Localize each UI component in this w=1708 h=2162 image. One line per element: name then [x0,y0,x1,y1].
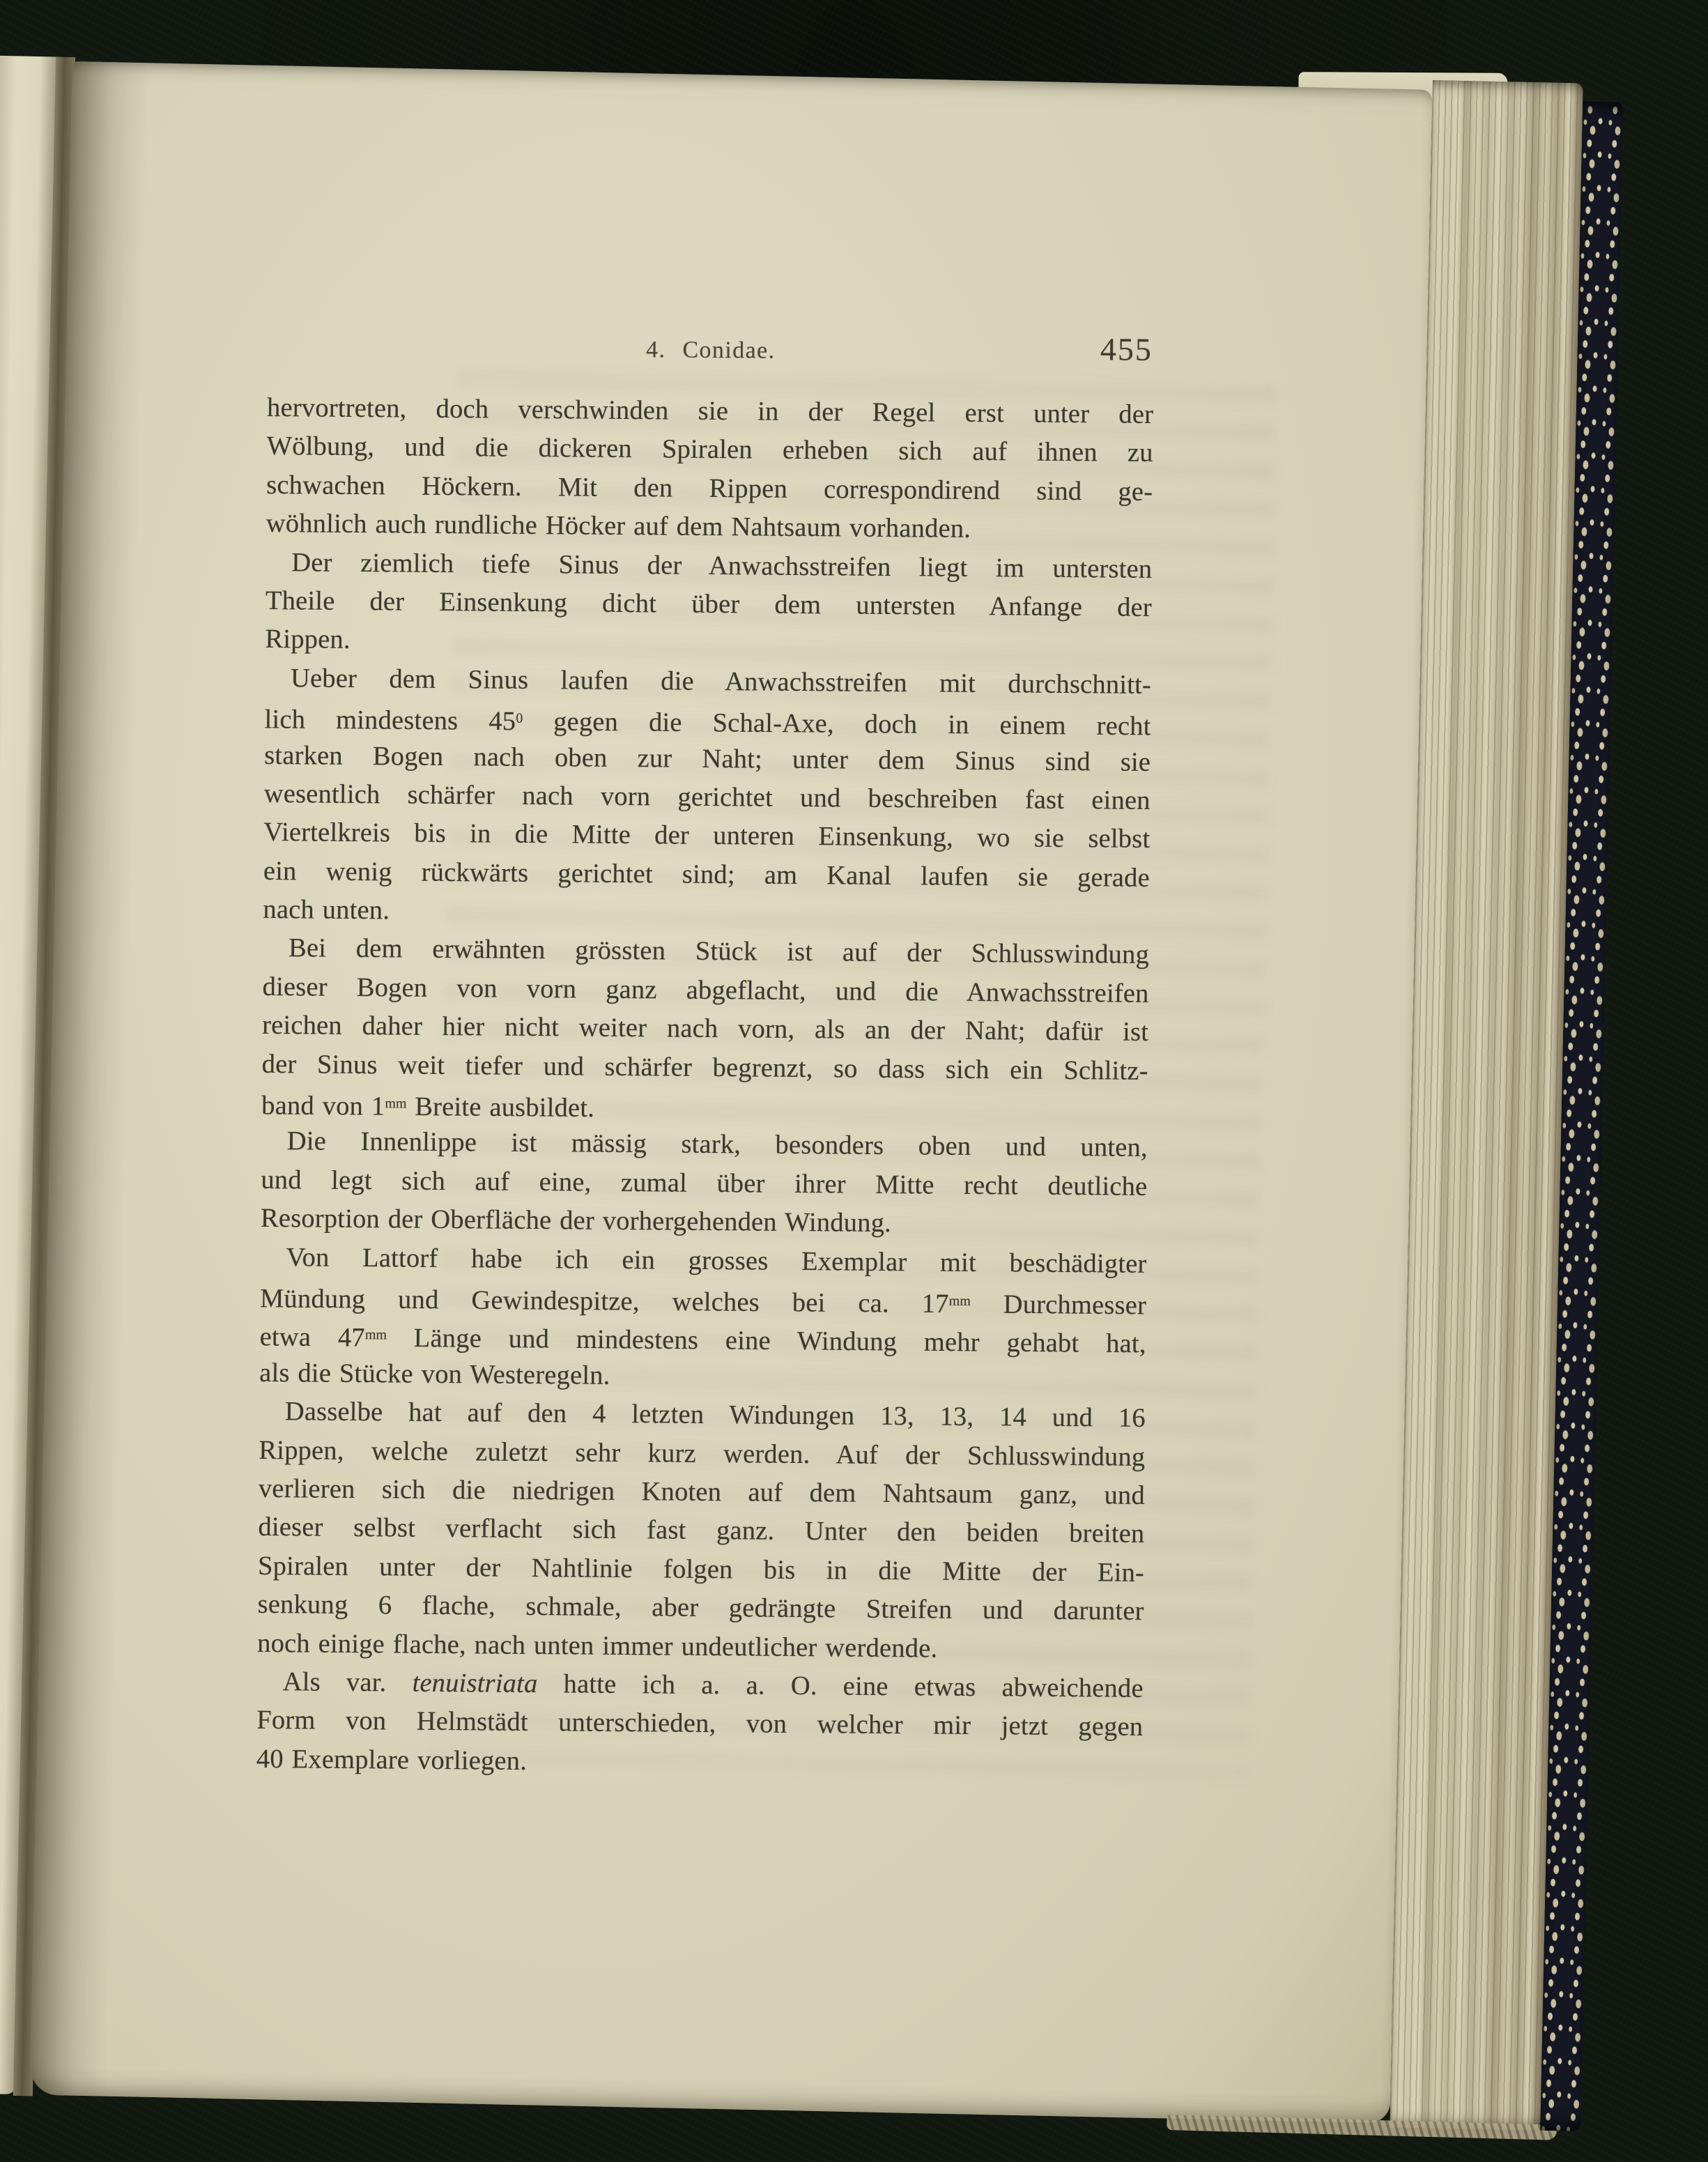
text-line: Resorption der Oberfläche der vorhergehe… [261,1199,1147,1245]
page-number: 455 [1100,331,1153,368]
text-line: etwa 47mm Länge und mindestens eine Wind… [259,1315,1146,1360]
text-line: nach unten. [263,891,1149,936]
text-line: Bei dem erwähnten grössten Stück ist auf… [263,929,1149,974]
text-line: senkung 6 flache, schmale, aber gedrängt… [257,1586,1144,1631]
page-content: 4.Conidae. 455 hervortreten, doch versch… [256,329,1154,1786]
text-line: der Sinus weit tiefer und schärfer begre… [262,1045,1148,1091]
text-line: ein wenig rückwärts gerichtet sind; am K… [263,852,1150,898]
paragraph: hervortreten, doch verschwinden sie in d… [266,389,1154,551]
text-line: wesentlich schärfer nach vorn gerichtet … [264,775,1151,820]
text-line: Spiralen unter der Nahtlinie folgen bis … [258,1547,1144,1593]
section-number: 4. [646,337,666,362]
text-line: Von Lattorf habe ich ein grosses Exempla… [260,1239,1146,1284]
paragraph: Ueber dem Sinus laufen die Anwachsstreif… [263,659,1151,937]
text-line: Mündung und Gewindespitze, welches bei c… [260,1277,1146,1322]
paragraph: Als var. tenuistriata hatte ich a. a. O.… [256,1663,1144,1786]
text-line: Wölbung, und die dickeren Spiralen erheb… [266,427,1153,473]
text-line: Form von Helmstädt unterschieden, von we… [256,1701,1143,1747]
text-line: Theile der Einsenkung dicht über dem unt… [266,582,1152,627]
section-title: Conidae. [682,337,775,364]
text-line: lich mindestens 450 gegen die Schal-Axe,… [264,698,1151,743]
running-header: 4.Conidae. 455 [268,329,1154,372]
text-line: verlieren sich die niedrigen Knoten auf … [259,1470,1145,1515]
book-page: 4.Conidae. 455 hervortreten, doch versch… [30,61,1433,2123]
text-line: Ueber dem Sinus laufen die Anwachsstreif… [265,659,1151,705]
text-line: Die Innenlippe ist mässig stark, besonde… [261,1122,1148,1167]
paragraph: Bei dem erwähnten grössten Stück ist auf… [261,929,1149,1129]
text-line: noch einige flache, nach unten immer und… [257,1624,1144,1669]
text-line: 40 Exemplare vorliegen. [256,1740,1143,1786]
section-header: 4.Conidae. [268,329,1154,372]
text-line: als die Stücke von Westeregeln. [259,1354,1146,1400]
paragraph: Die Innenlippe ist mässig stark, besonde… [261,1122,1148,1245]
text-line: schwachen Höckern. Mit den Rippen corres… [266,466,1153,512]
text-line: hervortreten, doch verschwinden sie in d… [267,389,1153,434]
text-line: und legt sich auf eine, zumal über ihrer… [261,1161,1147,1206]
paragraph: Von Lattorf habe ich ein grosses Exempla… [259,1239,1147,1400]
text-line: Rippen, welche zuletzt sehr kurz werden.… [259,1431,1145,1476]
text-line: Als var. tenuistriata hatte ich a. a. O.… [257,1663,1144,1708]
text-line: Rippen. [265,620,1151,666]
text-line: band von 1mm Breite ausbildet. [261,1084,1148,1129]
text-line: Viertelkreis bis in die Mitte der untere… [263,813,1150,859]
scanned-book-photo: 4.Conidae. 455 hervortreten, doch versch… [0,0,1708,2162]
text-line: Der ziemlich tiefe Sinus der Anwachsstre… [266,544,1152,589]
text-line: Dasselbe hat auf den 4 letzten Windungen… [259,1393,1146,1438]
paragraph: Der ziemlich tiefe Sinus der Anwachsstre… [265,544,1152,666]
text-line: dieser Bogen von vorn ganz abgeflacht, u… [262,968,1148,1013]
body-text: hervortreten, doch verschwinden sie in d… [256,389,1154,1786]
text-line: reichen daher hier nicht weiter nach vor… [262,1006,1148,1052]
text-line: dieser selbst verflacht sich fast ganz. … [258,1508,1144,1554]
paragraph: Dasselbe hat auf den 4 letzten Windungen… [257,1393,1146,1670]
text-line: wöhnlich auch rundliche Höcker auf dem N… [266,505,1153,550]
text-line: starken Bogen nach oben zur Naht; unter … [264,736,1151,781]
